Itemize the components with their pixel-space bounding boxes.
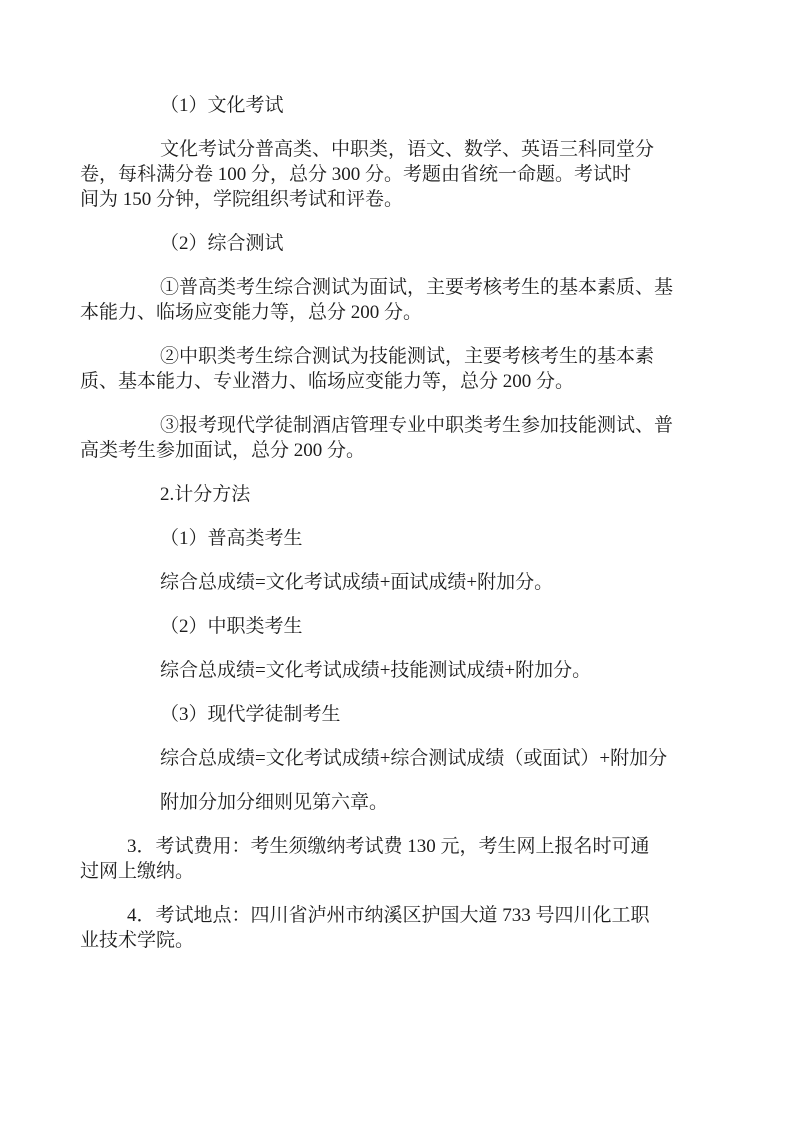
document-body: （1）文化考试 文化考试分普高类、中职类，语文、数学、英语三科同堂分 卷，每科满… (80, 93, 705, 972)
para-culture-exam-desc: 文化考试分普高类、中职类，语文、数学、英语三科同堂分 卷，每科满分卷 100 分… (80, 137, 705, 212)
para-apprenticeship-candidates-test: ③报考现代学徒制酒店管理专业中职类考生参加技能测试、普 高类考生参加面试，总分 … (80, 413, 705, 463)
para-general-candidates-test: ①普高类考生综合测试为面试，主要考核考生的基本素质、基 本能力、临场应变能力等，… (80, 275, 705, 325)
para-vocational-candidates-test: ②中职类考生综合测试为技能测试，主要考核考生的基本素 质、基本能力、专业潜力、临… (80, 344, 705, 394)
heading-apprenticeship-candidates: （3）现代学徒制考生 (80, 702, 705, 727)
para-apprenticeship-score-formula: 综合总成绩=文化考试成绩+综合测试成绩（或面试）+附加分 (80, 746, 705, 771)
para-exam-fee: 3．考试费用：考生须缴纳考试费 130 元，考生网上报名时可通 过网上缴纳。 (80, 834, 705, 884)
heading-comprehensive-test: （2）综合测试 (80, 231, 705, 256)
heading-vocational-candidates: （2）中职类考生 (80, 614, 705, 639)
heading-general-candidates: （1）普高类考生 (80, 526, 705, 551)
para-exam-location: 4．考试地点：四川省泸州市纳溪区护国大道 733 号四川化工职 业技术学院。 (80, 903, 705, 953)
para-general-score-formula: 综合总成绩=文化考试成绩+面试成绩+附加分。 (80, 570, 705, 595)
heading-scoring-method: 2.计分方法 (80, 482, 705, 507)
para-vocational-score-formula: 综合总成绩=文化考试成绩+技能测试成绩+附加分。 (80, 658, 705, 683)
heading-culture-exam: （1）文化考试 (80, 93, 705, 118)
para-bonus-points-note: 附加分加分细则见第六章。 (80, 790, 705, 815)
document-page: （1）文化考试 文化考试分普高类、中职类，语文、数学、英语三科同堂分 卷，每科满… (0, 0, 793, 1122)
